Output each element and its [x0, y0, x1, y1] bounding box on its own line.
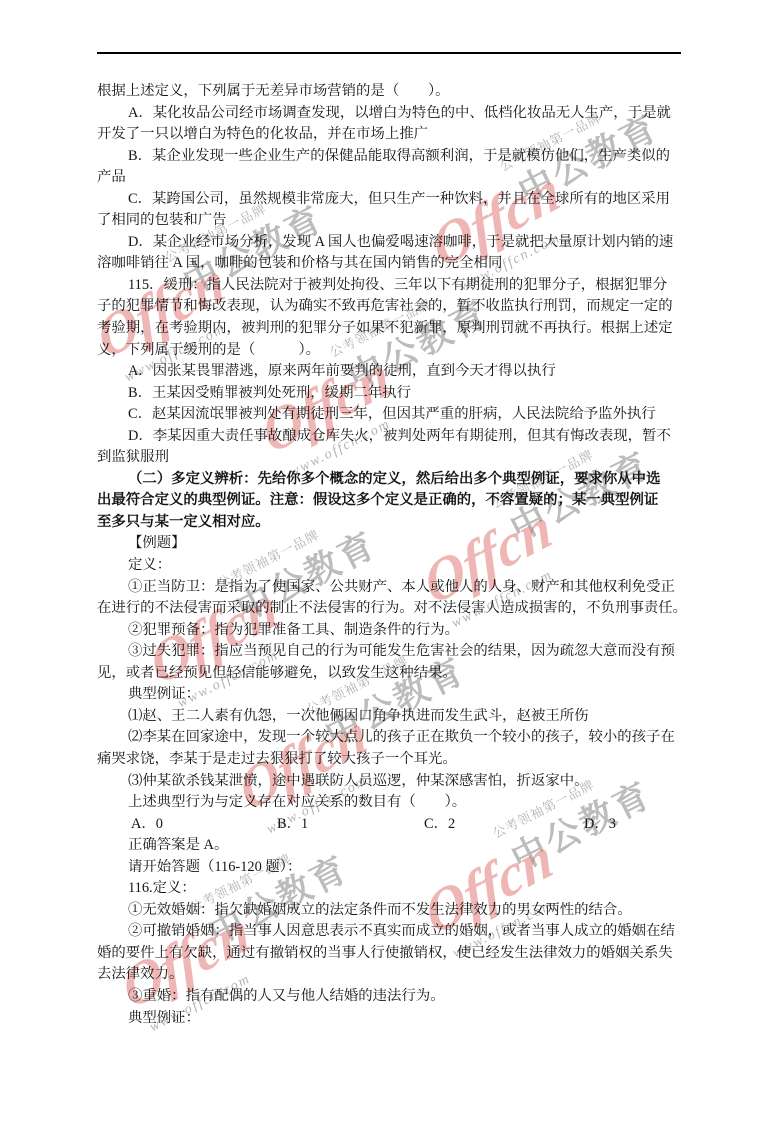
option-item: B．1: [277, 814, 308, 836]
text-line: 婚的要件上有欠缺，通过有撤销权的当事人行使撤销权，使已经发生法律效力的婚姻关系失: [97, 943, 681, 965]
text-line: ①无效婚姻：指欠缺婚姻成立的法定条件而不发生法律效力的男女两性的结合。: [97, 900, 681, 922]
text-line: A．因张某畏罪潜逃，原来两年前要判的徒刑，直到今天才得以执行: [97, 361, 681, 383]
text-line: D．李某因重大责任事故酿成仓库失火，被判处两年有期徒刑，但其有悔改表现，暂不: [97, 426, 681, 448]
text-line: 定义：: [97, 555, 681, 577]
text-line: B．王某因受贿罪被判处死刑，缓期二年执行: [97, 383, 681, 405]
text-line: 116.定义：: [97, 878, 681, 900]
text-line: 根据上述定义，下列属于无差异市场营销的是（ ）。: [97, 81, 681, 103]
text-line: 考验期，在考验期内，被判刑的犯罪分子如果不犯新罪，原判刑罚就不再执行。根据上述定: [97, 318, 681, 340]
text-line: ①正当防卫：是指为了使国家、公共财产、本人或他人的人身、财产和其他权利免受正: [97, 577, 681, 599]
text-line: ②可撤销婚姻：指当事人因意思表示不真实而成立的婚姻，或者当事人成立的婚姻在结: [97, 921, 681, 943]
text-line: 典型例证：: [97, 684, 681, 706]
text-layer: 根据上述定义，下列属于无差异市场营销的是（ ）。A．某化妆品公司经市场调查发现，…: [97, 81, 681, 1029]
text-line: A．某化妆品公司经市场调查发现，以增白为特色的中、低档化妆品无人生产，于是就: [97, 103, 681, 125]
text-line: 见，或者已经预见但轻信能够避免，以致发生这种结果。: [97, 663, 681, 685]
text-line: ⑵李某在回家途中，发现一个较大点儿的孩子正在欺负一个较小的孩子，较小的孩子在: [97, 727, 681, 749]
text-line: C．某跨国公司，虽然规模非常庞大，但只生产一种饮料，并且在全球所有的地区采用: [97, 189, 681, 211]
text-line: 115．缓刑：指人民法院对于被判处拘役、三年以下有期徒刑的犯罪分子，根据犯罪分: [97, 275, 681, 297]
text-line: 去法律效力。: [97, 964, 681, 986]
text-line: ③过失犯罪：指应当预见自己的行为可能发生危害社会的结果，因为疏忽大意而没有预: [97, 641, 681, 663]
text-line: 请开始答题（116-120 题）：: [97, 857, 681, 879]
text-line: C．赵某因流氓罪被判处有期徒刑三年，但因其严重的肝病，人民法院给予监外执行: [97, 404, 681, 426]
option-item: C．2: [424, 814, 455, 836]
option-item: D．3: [584, 814, 616, 836]
text-line: 至多只与某一定义相对应。: [97, 512, 681, 534]
text-line: 子的犯罪情节和悔改表现，认为确实不致再危害社会的，暂不收监执行刑罚，而规定一定的: [97, 296, 681, 318]
text-line: ⑴赵、王二人素有仇怨，一次他俩因口角争执进而发生武斗，赵被王所伤: [97, 706, 681, 728]
text-line: 开发了一只以增白为特色的化妆品，并在市场上推广: [97, 124, 681, 146]
text-line: D．某企业经市场分析，发现 A 国人也偏爱喝速溶咖啡，于是就把大量原计划内销的速: [97, 232, 681, 254]
text-line: 了相同的包装和广告: [97, 210, 681, 232]
text-line: B．某企业发现一些企业生产的保健品能取得高额利润，于是就模仿他们，生产类似的: [97, 146, 681, 168]
text-line: ②犯罪预备：指为犯罪准备工具、制造条件的行为。: [97, 620, 681, 642]
text-line: 上述典型行为与定义存在对应关系的数目有（ ）。: [97, 792, 681, 814]
option-item: A．0: [131, 814, 163, 836]
text-line: 溶咖啡销往 A 国，咖啡的包装和价格与其在国内销售的完全相同: [97, 253, 681, 275]
answer-options-row: A．0B．1C．2D．3: [97, 814, 681, 836]
text-line: ③重婚：指有配偶的人又与他人结婚的违法行为。: [97, 986, 681, 1008]
text-line: ⑶仲某欲杀钱某泄愤，途中遇联防人员巡逻，仲某深感害怕，折返家中。: [97, 771, 681, 793]
document-page: 公考领袖第一品牌中公教育Offcnwww.offcn.com公考领袖第一品牌中公…: [0, 0, 777, 1123]
text-line: 义，下列属于缓刑的是（ ）。: [97, 340, 681, 362]
text-line: 到监狱服刑: [97, 447, 681, 469]
text-line: （二）多定义辨析：先给你多个概念的定义，然后给出多个典型例证，要求你从中选: [97, 469, 681, 491]
text-line: 出最符合定义的典型例证。注意：假设这多个定义是正确的，不容置疑的；某一典型例证: [97, 490, 681, 512]
text-line: 典型例证：: [97, 1008, 681, 1030]
text-line: 在进行的不法侵害而采取的制止不法侵害的行为。对不法侵害人造成损害的，不负刑事责任…: [97, 598, 681, 620]
text-line: 正确答案是 A。: [97, 835, 681, 857]
text-line: 【例题】: [97, 533, 681, 555]
text-line: 痛哭求饶，李某于是走过去狠狠打了较大孩子一个耳光。: [97, 749, 681, 771]
text-line: 产品: [97, 167, 681, 189]
